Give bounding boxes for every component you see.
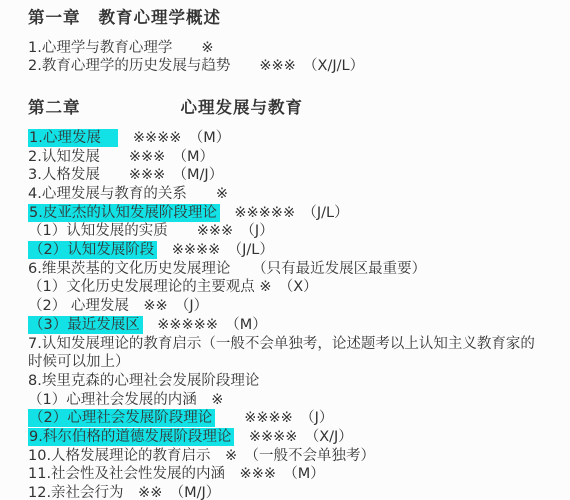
outline-item-text: 5.皮亚杰的认知发展阶段理论 <box>28 204 220 222</box>
outline-item-text: 8.埃里克森的心理社会发展阶段理论 <box>28 373 259 389</box>
chapter-1-heading: 第一章教育心理学概述 <box>28 9 542 28</box>
chapter-1-title: 教育心理学概述 <box>99 8 222 27</box>
outline-item-markers: ※ （X） <box>255 279 318 295</box>
outline-item-markers: ※※※※※ （M） <box>143 317 267 333</box>
outline-item: 5.皮亚杰的认知发展阶段理论 ※※※※※ （J/L） <box>28 204 542 223</box>
outline-item-text: （1）心理社会发展的内涵 <box>28 392 197 408</box>
outline-item-markers: ※ <box>172 40 213 56</box>
outline-item: 10.人格发展理论的教育启示 ※ （一般不会单独考） <box>28 447 542 466</box>
outline-item-markers: ※ <box>197 392 224 408</box>
outline-item: （2） 心理发展 ※※ （J） <box>28 297 542 316</box>
outline-item-text: 1.心理发展 <box>28 129 118 147</box>
outline-item: 6.维果茨基的文化历史发展理论 （只有最近发展区最重要） <box>28 260 542 279</box>
outline-item: （2）认知发展阶段 ※※※※ （J/L） <box>28 241 542 260</box>
outline-item: （2）心理社会发展阶段理论 ※※※※ （J） <box>28 409 542 428</box>
chapter-1-number: 第一章 <box>28 8 81 27</box>
outline-item: 9.科尔伯格的道德发展阶段理论 ※※※※ （X/J） <box>28 428 542 447</box>
outline-item: 3.人格发展 ※※※ （M/J） <box>28 166 542 185</box>
outline-item-text: 9.科尔伯格的道德发展阶段理论 <box>28 428 234 446</box>
outline-item-text: （2）心理社会发展阶段理论 <box>28 409 215 427</box>
outline-item-text: 3.人格发展 <box>28 167 100 183</box>
outline-item-markers: （只有最近发展区最重要） <box>230 261 426 277</box>
outline-item: （1）文化历史发展理论的主要观点 ※ （X） <box>28 278 542 297</box>
outline-item-text: （2） 心理发展 <box>28 298 129 314</box>
outline-item-markers: ※ <box>187 186 228 202</box>
outline-item-text: 2.认知发展 <box>28 149 100 165</box>
outline-item-markers: ※※※ （M/J） <box>100 167 223 183</box>
outline-item-text: 6.维果茨基的文化历史发展理论 <box>28 261 230 277</box>
outline-item-markers: ※※※※ （J） <box>215 410 333 426</box>
outline-item-markers: ※※※ （M） <box>100 149 214 165</box>
outline-item: 2.认知发展 ※※※ （M） <box>28 148 542 167</box>
outline-item: 2.教育心理学的历史发展与趋势 ※※※ （X/J/L） <box>28 57 542 76</box>
outline-item: 1.心理发展 ※※※※ （M） <box>28 129 542 148</box>
outline-item-markers: ※ （一般不会单独考） <box>211 448 375 464</box>
outline-item: （3）最近发展区 ※※※※※ （M） <box>28 316 542 335</box>
chapter-2-heading: 第二章心理发展与教育 <box>28 99 542 118</box>
outline-item-markers: ※※※ （J） <box>168 223 274 239</box>
outline-item-markers: ※※ （M/J） <box>124 485 221 500</box>
outline-item-text: 2.教育心理学的历史发展与趋势 <box>28 58 230 74</box>
outline-item: 7.认知发展理论的教育启示（一般不会单独考，论述题考以上认知主义教育家的时候可以… <box>28 335 542 372</box>
outline-item-text: 11.社会性及社会性发展的内涵 <box>28 466 225 482</box>
outline-item: 8.埃里克森的心理社会发展阶段理论 <box>28 372 542 391</box>
outline-item-text: （1）认知发展的实质 <box>28 223 168 239</box>
outline-item-markers: ※※※ （X/J/L） <box>230 58 364 74</box>
chapter-1-items: 1.心理学与教育心理学 ※ 2.教育心理学的历史发展与趋势 ※※※ （X/J/L… <box>28 39 542 76</box>
outline-item-markers: ※※※※ （X/J） <box>234 429 352 445</box>
chapter-2-items: 1.心理发展 ※※※※ （M） 2.认知发展 ※※※ （M） 3.人格发展 ※※… <box>28 129 542 500</box>
chapter-2-number: 第二章 <box>28 98 81 117</box>
outline-item-text: 1.心理学与教育心理学 <box>28 40 172 56</box>
outline-item-text: （1）文化历史发展理论的主要观点 <box>28 279 255 295</box>
outline-item-text: 4.心理发展与教育的关系 <box>28 186 187 202</box>
outline-item-text: 7.认知发展理论的教育启示（一般不会单独考，论述题考以上认知主义教育家的时候可以… <box>28 336 535 371</box>
outline-item-text: （2）认知发展阶段 <box>28 241 157 259</box>
document-body: 第一章教育心理学概述 1.心理学与教育心理学 ※ 2.教育心理学的历史发展与趋势… <box>0 0 570 500</box>
outline-item-markers: ※※※※ （J/L） <box>157 242 274 258</box>
outline-item: 1.心理学与教育心理学 ※ <box>28 39 542 58</box>
outline-item: （1）认知发展的实质 ※※※ （J） <box>28 222 542 241</box>
outline-item: 12.亲社会行为 ※※ （M/J） <box>28 484 542 500</box>
outline-item: 11.社会性及社会性发展的内涵 ※※※ （M） <box>28 465 542 484</box>
outline-item-text: 10.人格发展理论的教育启示 <box>28 448 211 464</box>
outline-item: （1）心理社会发展的内涵 ※ <box>28 391 542 410</box>
outline-item-text: 12.亲社会行为 <box>28 485 124 500</box>
outline-item: 4.心理发展与教育的关系 ※ <box>28 185 542 204</box>
outline-item-markers: ※※※※※ （J/L） <box>220 205 349 221</box>
chapter-2-title: 心理发展与教育 <box>181 98 304 117</box>
outline-item-markers: ※※※※ （M） <box>118 130 230 146</box>
outline-item-markers: ※※ （J） <box>129 298 208 314</box>
outline-item-markers: ※※※ （M） <box>225 466 325 482</box>
outline-item-text: （3）最近发展区 <box>28 316 143 334</box>
